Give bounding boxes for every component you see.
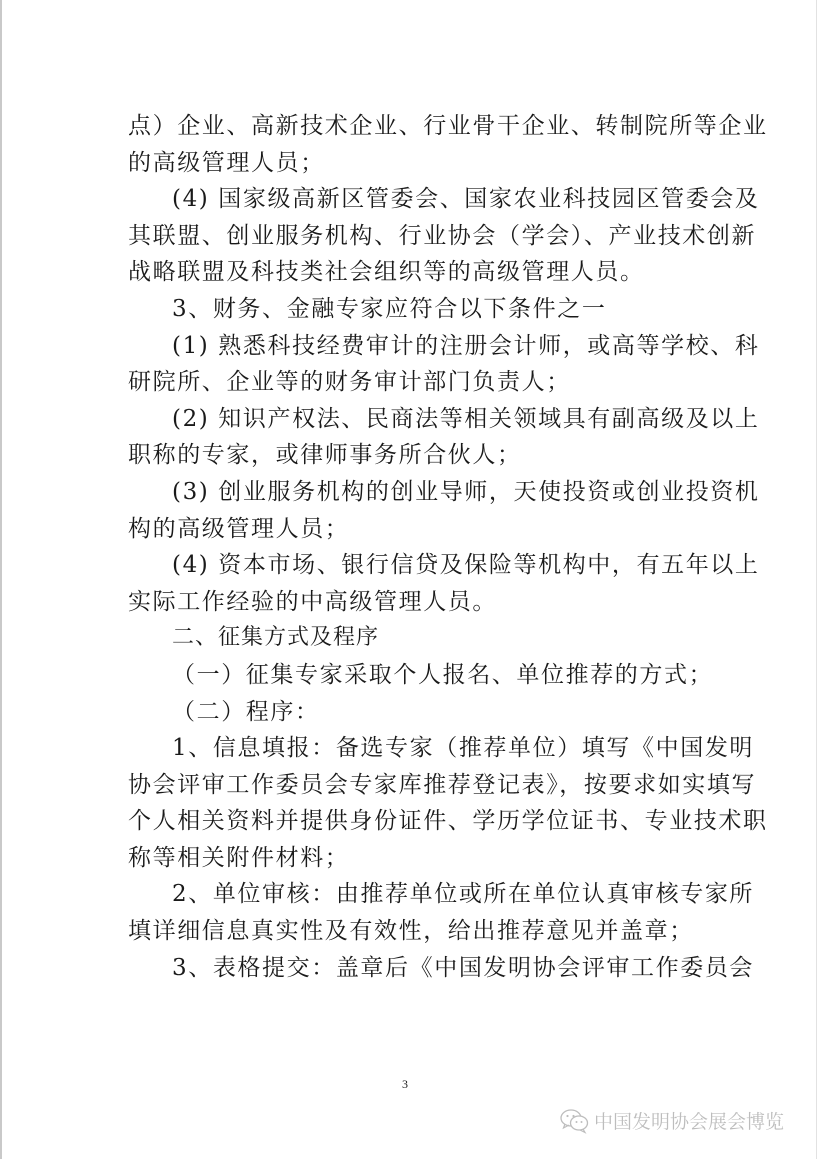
text-line: 构的高级管理人员； bbox=[128, 511, 700, 548]
text-line: 职称的专家，或律师事务所合伙人； bbox=[128, 437, 700, 474]
text-line: 填详细信息真实性及有效性，给出推荐意见并盖章； bbox=[128, 913, 700, 950]
list-item-2: (2) 知识产权法、民商法等相关领域具有副高级及以上 bbox=[128, 401, 700, 438]
text-line: 其联盟、创业服务机构、行业协会（学会）、产业技术创新 bbox=[128, 218, 700, 255]
text-line: 战略联盟及科技类社会组织等的高级管理人员。 bbox=[128, 254, 700, 291]
text-line: 个人相关资料并提供身份证件、学历学位证书、专业技术职 bbox=[128, 803, 700, 840]
wechat-icon bbox=[560, 1108, 590, 1134]
subsection-2: （二）程序： bbox=[128, 694, 700, 731]
page-number: 3 bbox=[402, 1077, 408, 1092]
text-line: 研院所、企业等的财务审计部门负责人； bbox=[128, 364, 700, 401]
list-item-4: (4) 资本市场、银行信贷及保险等机构中，有五年以上 bbox=[128, 547, 700, 584]
section-subheading: 3、财务、金融专家应符合以下条件之一 bbox=[128, 291, 700, 328]
step-2: 2、单位审核：由推荐单位或所在单位认真审核专家所 bbox=[128, 876, 700, 913]
document-body: 点）企业、高新技术企业、行业骨干企业、转制院所等企业 的高级管理人员； (4) … bbox=[128, 108, 700, 986]
watermark: 中国发明协会展会博览 bbox=[560, 1107, 784, 1134]
step-3: 3、表格提交：盖章后《中国发明协会评审工作委员会 bbox=[128, 950, 700, 987]
document-page: 点）企业、高新技术企业、行业骨干企业、转制院所等企业 的高级管理人员； (4) … bbox=[0, 0, 820, 1159]
subsection-1: （一）征集专家采取个人报名、单位推荐的方式； bbox=[128, 657, 700, 694]
text-line: 的高级管理人员； bbox=[128, 145, 700, 182]
section-heading: 二、征集方式及程序 bbox=[128, 620, 700, 657]
list-item-3: (3) 创业服务机构的创业导师，天使投资或创业投资机 bbox=[128, 474, 700, 511]
text-line: 点）企业、高新技术企业、行业骨干企业、转制院所等企业 bbox=[128, 108, 700, 145]
step-1: 1、信息填报：备选专家（推荐单位）填写《中国发明 bbox=[128, 730, 700, 767]
text-line: 实际工作经验的中高级管理人员。 bbox=[128, 584, 700, 621]
page-edge bbox=[816, 0, 817, 1159]
text-line: 协会评审工作委员会专家库推荐登记表》，按要求如实填写 bbox=[128, 767, 700, 804]
list-item-4: (4) 国家级高新区管委会、国家农业科技园区管委会及 bbox=[128, 181, 700, 218]
watermark-text: 中国发明协会展会博览 bbox=[594, 1107, 784, 1134]
text-line: 称等相关附件材料； bbox=[128, 840, 700, 877]
list-item-1: (1) 熟悉科技经费审计的注册会计师，或高等学校、科 bbox=[128, 328, 700, 365]
